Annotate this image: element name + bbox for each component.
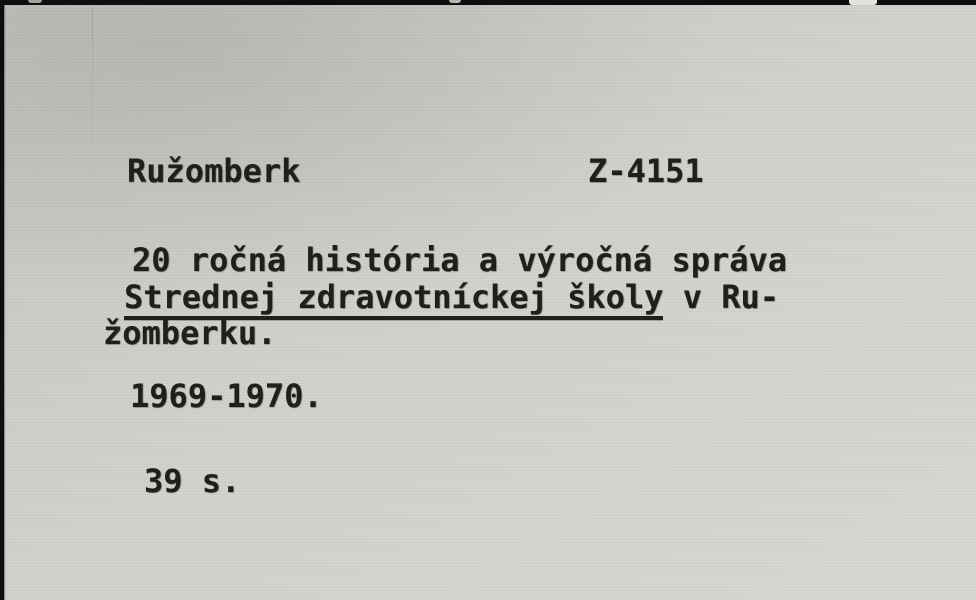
title-line-1: 20 ročná história a výročná správa	[132, 242, 787, 279]
scan-edge-notch	[849, 0, 877, 5]
scan-edge-top	[0, 0, 976, 5]
card-heading: Ružomberk	[127, 153, 300, 190]
scan-edge-left	[0, 0, 4, 600]
scan-edge-chip	[449, 0, 461, 3]
paper-crease	[92, 6, 93, 196]
title-line-2-continuation: v Ru-	[663, 278, 779, 316]
pages-line: 39 s.	[144, 463, 240, 500]
catalog-card: Ružomberk Z-4151 20 ročná história a výr…	[0, 0, 976, 600]
scan-edge-corner-chip	[28, 0, 42, 3]
title-line-2: Strednej zdravotníckej školy v Ru-	[124, 279, 779, 316]
years-line: 1969-1970.	[130, 378, 323, 415]
catalog-number: Z-4151	[588, 153, 704, 190]
title-line-3: žomberku.	[103, 315, 276, 352]
